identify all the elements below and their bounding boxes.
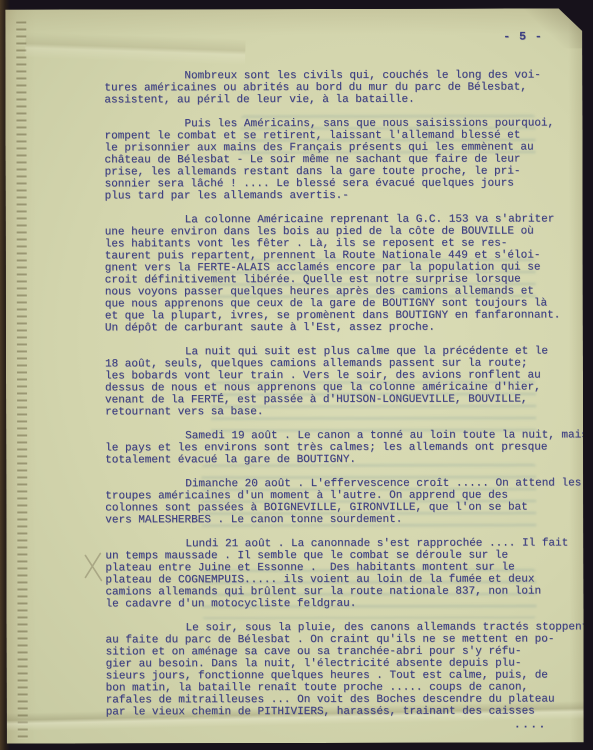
text-line: dessus de nous et nous apprenons que la … (105, 381, 575, 394)
scanned-document-background: - 5 - Nombreux sont les civils qui, couc… (0, 0, 593, 750)
binding-perforation-strip (16, 22, 28, 740)
text-line: château de Bélesbat - Le soir même ne sa… (105, 153, 575, 166)
continuation-dots: .... (514, 717, 547, 731)
paragraph: La nuit qui suit est plus calme que la p… (105, 345, 575, 418)
text-line: La nuit qui suit est plus calme que la p… (105, 345, 575, 358)
text-line: camions allemands qui brûlent sur la rou… (105, 585, 575, 598)
text-line: gnent vers la FERTE-ALAIS acclamés encor… (105, 261, 575, 274)
pencil-cross-mark (82, 550, 104, 589)
text-line: taurent puis repartent, prennent la Rout… (105, 249, 575, 262)
text-line: troupes américaines d'un moment à l'autr… (105, 489, 575, 502)
text-line: La colonne Américaine reprenant la G.C. … (105, 213, 575, 226)
text-line: une heure environ dans les bois au pied … (105, 225, 575, 238)
text-line: rompent le combat et se retirent, laissa… (104, 129, 574, 142)
text-line: plus tard par les allemands avertis.- (105, 189, 575, 202)
text-line: croit définitivement libérée. Quelle est… (105, 273, 575, 286)
paragraph: Samedi 19 août . Le canon a tonné au loi… (105, 429, 575, 466)
text-line: le pays et les environs sont très calmes… (105, 441, 575, 454)
text-line: plateau de COGNEMPUIS..... ils voient au… (105, 573, 575, 586)
text-line: Lundi 21 août . La canonnade s'est rappr… (105, 537, 575, 550)
text-line: Puis les Américains, sans que nous saisi… (104, 117, 574, 130)
paragraph: Nombreux sont les civils qui, couchés le… (104, 69, 574, 106)
paragraph: Dimanche 20 août . L'effervescence croît… (105, 477, 575, 526)
text-line: Un dépôt de carburant saute à l'Est, ass… (105, 321, 575, 334)
text-line: Le soir, sous la pluie, des canons allem… (106, 621, 576, 634)
text-line: par le vieux chemin de PITHIVIERS, haras… (106, 705, 576, 718)
text-line: les bobards vont leur train . Vers le so… (105, 369, 575, 382)
text-line: totalement évacué la gare de BOUTIGNY. (105, 453, 575, 466)
text-line: 18 août, seuls, quelques camions alleman… (105, 357, 575, 370)
text-line: sonnier sera lâché ! .... Le blessé sera… (105, 177, 575, 190)
text-line: que nous apprenons que ceux de la gare d… (105, 297, 575, 310)
text-line: bon matin, la bataille renaît toute proc… (106, 681, 576, 694)
text-line: sieurs jours, fonctionne quelques heures… (106, 669, 576, 682)
text-line: les habitants vont les fêter . Là, ils s… (105, 237, 575, 250)
text-line: tures américaines ou abrités au bord du … (104, 81, 574, 94)
page-number: - 5 - (503, 30, 543, 43)
text-line: plateau entre Juine et Essonne . Des hab… (105, 561, 575, 574)
text-line: vers MALESHERBES . Le canon tonne sourde… (105, 513, 575, 526)
text-line: sition et on aménage sa cave ou sa tranc… (106, 645, 576, 658)
text-line: prise, les allemands restant dans la gar… (105, 165, 575, 178)
text-line: assistent, au péril de leur vie, à la ba… (104, 93, 574, 106)
paper-crease-top (25, 32, 246, 65)
text-line: rafales de mitrailleuses ... On voit des… (106, 693, 576, 706)
text-line: Samedi 19 août . Le canon a tonné au loi… (105, 429, 575, 442)
text-line: le prisonnier aux mains des Français pré… (105, 141, 575, 154)
paragraph: Puis les Américains, sans que nous saisi… (104, 117, 574, 202)
document-text-body: Nombreux sont les civils qui, couchés le… (104, 69, 575, 730)
text-line: Dimanche 20 août . L'effervescence croît… (105, 477, 575, 490)
text-line: gier au besoin. Dans la nuit, l'électric… (106, 657, 576, 670)
typewritten-page: - 5 - Nombreux sont les civils qui, couc… (5, 8, 584, 743)
text-line: le cadavre d'un motocycliste feldgrau. (105, 597, 575, 610)
paragraph: Le soir, sous la pluie, des canons allem… (106, 621, 576, 718)
text-line: au faite du parc de Bélesbat . On craint… (106, 633, 576, 646)
text-line: nous voyons passer quelques heures après… (105, 285, 575, 298)
text-line: Nombreux sont les civils qui, couchés le… (104, 69, 574, 82)
paragraph: Lundi 21 août . La canonnade s'est rappr… (105, 537, 575, 610)
text-line: retournant vers sa base. (105, 405, 575, 418)
text-line: et que la plupart, ivres, se promènent d… (105, 309, 575, 322)
text-line: venant de la FERTÉ, est passée à d'HUISO… (105, 393, 575, 406)
text-line: colonnes sont passées à BOIGNEVILLE, GIR… (105, 501, 575, 514)
text-line: un temps maussade . Il semble que le com… (105, 549, 575, 562)
paragraph: La colonne Américaine reprenant la G.C. … (105, 213, 575, 334)
